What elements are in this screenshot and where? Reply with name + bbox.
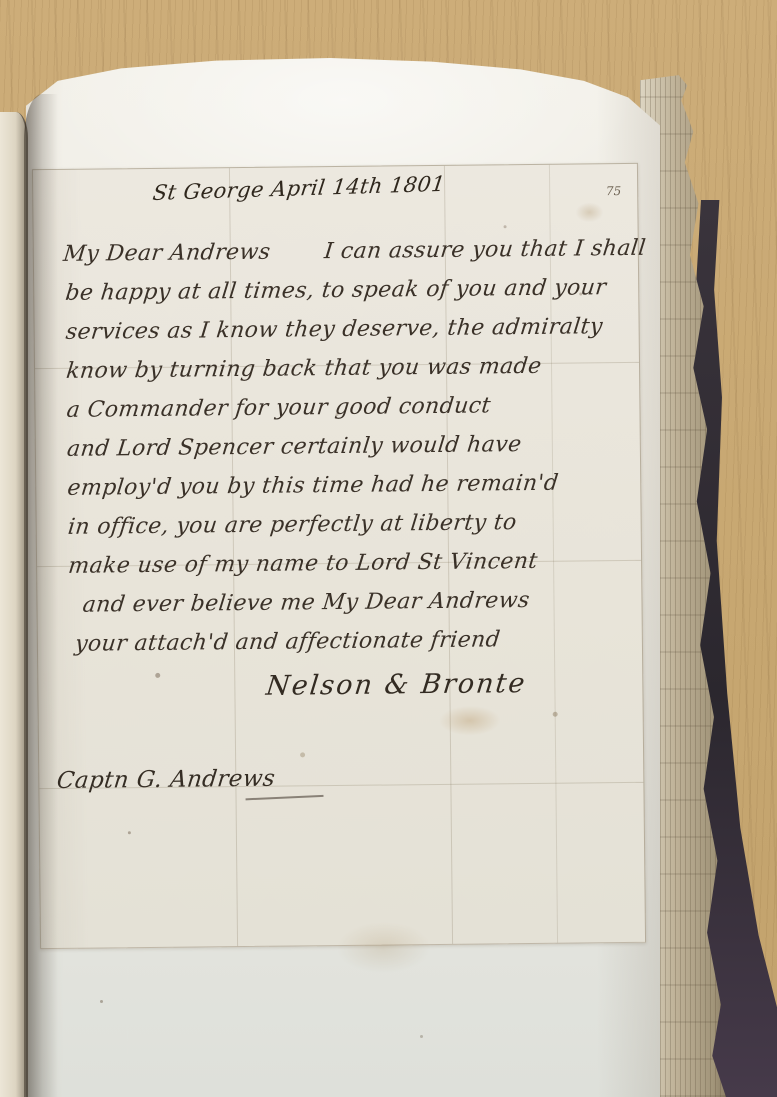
letter-line: know by turning back that you was made bbox=[63, 353, 629, 398]
pasted-letter: St George April 14th 1801 75 My Dear And… bbox=[32, 163, 646, 949]
letter-line: employ'd you by this time had he remain'… bbox=[65, 470, 631, 515]
ink-stain bbox=[575, 202, 603, 222]
ink-stain bbox=[439, 705, 501, 736]
salutation: My Dear Andrews bbox=[62, 240, 272, 267]
letter-line: a Commander for your good conduct bbox=[64, 392, 630, 437]
letter-line: and ever believe me My Dear Andrews bbox=[80, 587, 632, 632]
letter-line: your attach'd and affectionate friend bbox=[72, 626, 632, 671]
letter-dateline: St George April 14th 1801 bbox=[151, 172, 446, 205]
foxing-specks bbox=[26, 58, 29, 61]
flourish-line bbox=[246, 795, 324, 801]
facing-page-edge bbox=[0, 112, 28, 1097]
letter-line: make use of my name to Lord St Vincent bbox=[65, 548, 631, 593]
opening-phrase: I can assure you that I shall bbox=[323, 236, 647, 264]
photo-of-letter-book: St George April 14th 1801 75 My Dear And… bbox=[0, 0, 777, 1097]
letter-line: and Lord Spencer certainly would have bbox=[64, 431, 630, 476]
addressee: Captn G. Andrews bbox=[55, 766, 276, 794]
letter-line: in office, you are perfectly at liberty … bbox=[65, 509, 631, 554]
folio-number: 75 bbox=[606, 184, 621, 198]
letter-line: be happy at all times, to speak of you a… bbox=[63, 275, 629, 320]
foxing-specks bbox=[33, 170, 36, 173]
letter-body: My Dear Andrews I can assure you that I … bbox=[62, 236, 628, 671]
letter-line: services as I know they deserve, the adm… bbox=[63, 314, 629, 359]
signature: Nelson & Bronte bbox=[265, 668, 529, 702]
